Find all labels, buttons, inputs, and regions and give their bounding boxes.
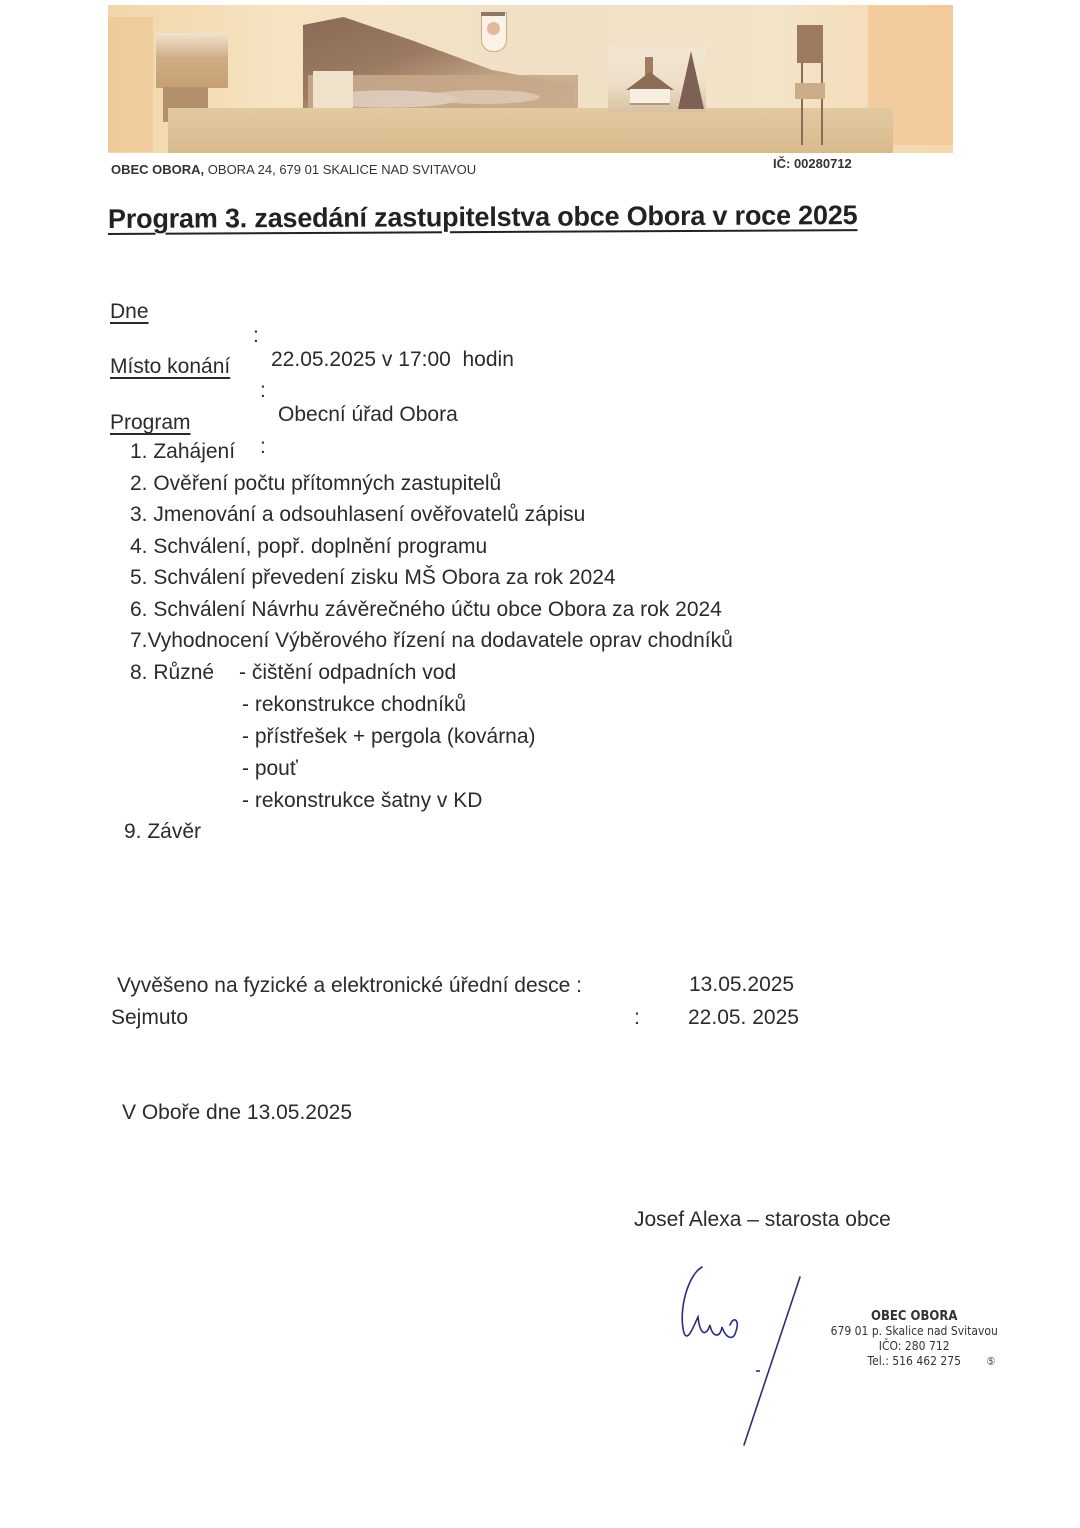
document-title: Program 3. zasedání zastupitelstva obce … xyxy=(108,200,858,235)
stamp-address: 679 01 p. Skalice nad Svitavou xyxy=(826,1324,1002,1339)
coat-of-arms-icon xyxy=(481,12,507,52)
removed-label: Sejmuto xyxy=(111,1006,188,1030)
program-subitem: - rekonstrukce šatny v KD xyxy=(242,789,482,813)
meeting-place-row: Místo konání : Obecní úřad Obora xyxy=(110,331,810,361)
handwritten-signature xyxy=(670,1255,810,1455)
stamp-name: OBEC OBORA xyxy=(826,1309,1002,1324)
program-item: 2. Ověření počtu přítomných zastupitelů xyxy=(130,472,733,504)
program-item: 7.Vyhodnocení Výběrového řízení na dodav… xyxy=(130,629,733,661)
posted-label: Vyvěšeno na fyzické a elektronické úředn… xyxy=(117,974,582,998)
program-item: 3. Jmenování a odsouhlasení ověřovatelů … xyxy=(130,503,733,535)
program-subitem: - přístřešek + pergola (kovárna) xyxy=(242,725,536,749)
program-list: 1. Zahájení 2. Ověření počtu přítomných … xyxy=(130,440,733,661)
stamp-phone: Tel.: 516 462 275 xyxy=(826,1354,1002,1369)
program-item: 1. Zahájení xyxy=(130,440,733,472)
municipality-name: OBEC OBORA, xyxy=(111,162,204,177)
removed-colon: : xyxy=(634,1006,640,1030)
date-label: Dne xyxy=(110,300,149,324)
program-subitem: - čištění odpadních vod xyxy=(239,661,456,685)
meeting-date-row: Dne : 22.05.2025 v 17:00 hodin xyxy=(110,276,810,306)
stamp-number: ⑤ xyxy=(986,1354,995,1369)
chapel-photo xyxy=(608,47,706,112)
removed-date: 22.05. 2025 xyxy=(688,1006,799,1030)
place-label: Místo konání xyxy=(110,355,230,379)
company-id: IČ: 00280712 xyxy=(773,156,852,171)
program-subitem: - pouť xyxy=(242,757,298,781)
program-item: 5. Schválení převedení zisku MŠ Obora za… xyxy=(130,566,733,598)
program-item-8-label: 8. Různé xyxy=(130,661,214,685)
program-subitem: - rekonstrukce chodníků xyxy=(242,693,466,717)
program-item-9: 9. Závěr xyxy=(124,820,201,844)
address: OBORA 24, 679 01 SKALICE NAD SVITAVOU xyxy=(204,162,476,177)
program-label: Program xyxy=(110,411,191,435)
stamp-ico: IČO: 280 712 xyxy=(826,1339,1002,1354)
program-row: Program : xyxy=(110,387,810,417)
document-page: OBEC OBORA, OBORA 24, 679 01 SKALICE NAD… xyxy=(0,0,1080,1528)
official-stamp: OBEC OBORA 679 01 p. Skalice nad Svitavo… xyxy=(826,1309,1002,1369)
lookout-tower-photo xyxy=(793,25,833,145)
signatory-name: Josef Alexa – starosta obce xyxy=(634,1208,891,1232)
place-and-date: V Oboře dne 13.05.2025 xyxy=(122,1101,352,1125)
posted-date: 13.05.2025 xyxy=(689,973,794,997)
program-item: 6. Schválení Návrhu závěrečného účtu obc… xyxy=(130,598,733,630)
program-item: 4. Schválení, popř. doplnění programu xyxy=(130,535,733,567)
header-banner-image xyxy=(108,5,953,153)
letterhead-address: OBEC OBORA, OBORA 24, 679 01 SKALICE NAD… xyxy=(111,162,476,177)
